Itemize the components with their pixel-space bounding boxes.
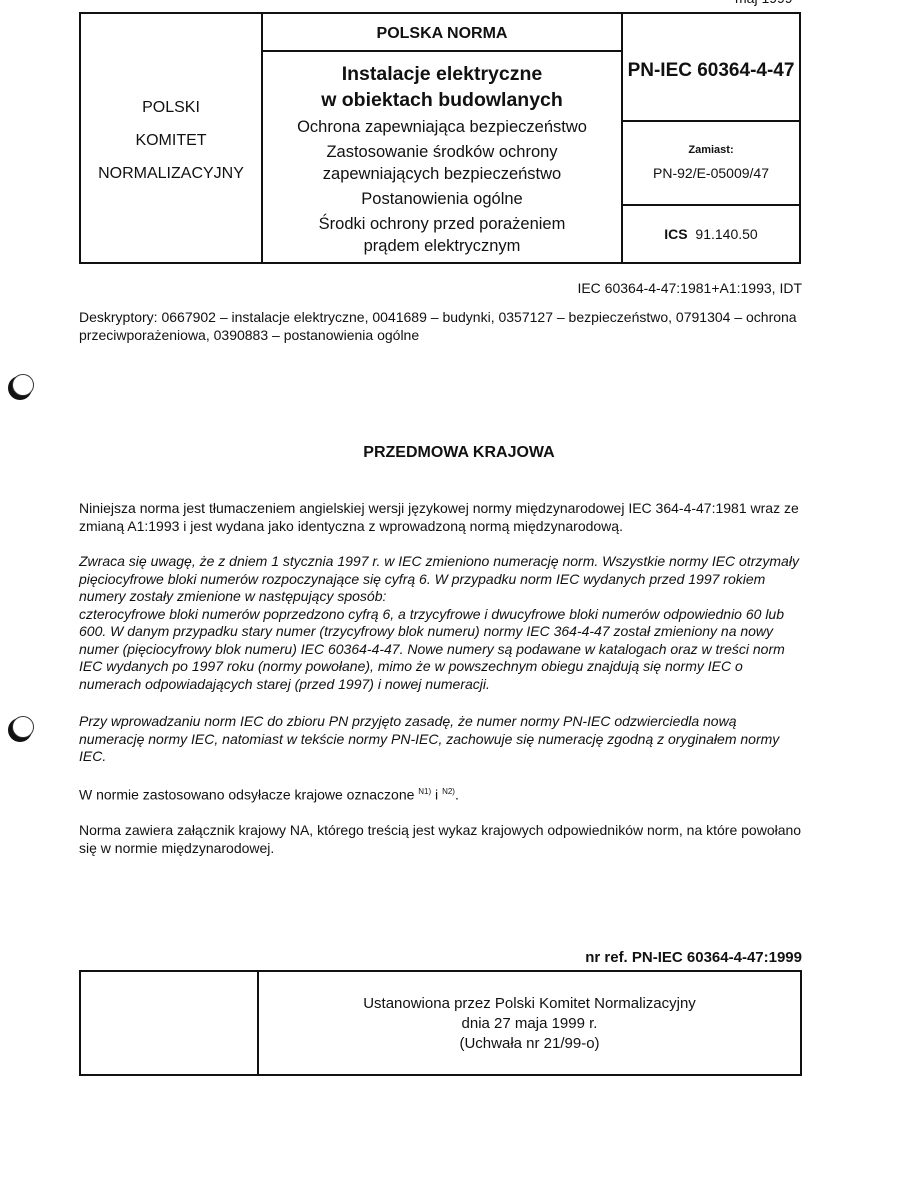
doc-type: POLSKA NORMA <box>263 14 621 52</box>
ics-cell: ICS 91.140.50 <box>623 206 799 262</box>
subtitle: prądem elektrycznym <box>263 235 621 257</box>
footnote-marker: N1) <box>418 787 431 796</box>
approval-line: Ustanowiona przez Polski Komitet Normali… <box>259 994 800 1014</box>
foreword-heading: PRZEDMOWA KRAJOWA <box>0 444 918 462</box>
subtitle: Zastosowanie środków ochrony <box>263 141 621 163</box>
ics-value: 91.140.50 <box>695 226 757 242</box>
punch-hole-icon <box>12 374 34 396</box>
foreword-paragraph: W normie zastosowano odsyłacze krajowe o… <box>79 783 805 804</box>
committee-line: NORMALIZACYJNY <box>98 157 244 190</box>
subtitle: Postanowienia ogólne <box>263 188 621 210</box>
page-date: maj 1999 <box>735 0 793 6</box>
title-block: Instalacje elektryczne w obiektach budow… <box>263 54 621 257</box>
paragraph-text: W normie zastosowano odsyłacze krajowe o… <box>79 787 418 803</box>
paragraph-line: Zwraca się uwagę, że z dniem 1 stycznia … <box>79 553 805 606</box>
descriptors: Deskryptory: 0667902 – instalacje elektr… <box>79 308 809 344</box>
replaces-value: PN-92/E-05009/47 <box>623 165 799 181</box>
approval-line: (Uchwała nr 21/99-o) <box>259 1034 800 1054</box>
footnote-marker: N2) <box>442 787 455 796</box>
title-line: Instalacje elektryczne <box>263 61 621 87</box>
approval-table: Ustanowiona przez Polski Komitet Normali… <box>79 970 802 1076</box>
reference-number: nr ref. PN-IEC 60364-4-47:1999 <box>585 949 802 966</box>
paragraph-line: czterocyfrowe bloki numerów poprzedzono … <box>79 606 805 694</box>
subtitle: Ochrona zapewniająca bezpieczeństwo <box>263 116 621 138</box>
header-table: POLSKI KOMITET NORMALIZACYJNY POLSKA NOR… <box>79 12 801 264</box>
ics-label: ICS <box>664 226 687 242</box>
foreword-paragraph: Zwraca się uwagę, że z dniem 1 stycznia … <box>79 553 805 693</box>
committee-line: POLSKI <box>142 91 200 124</box>
foreword-paragraph: Przy wprowadzaniu norm IEC do zbioru PN … <box>79 713 805 766</box>
paragraph-text: i <box>431 787 442 803</box>
subtitle: Środki ochrony przed porażeniem <box>263 213 621 235</box>
committee-cell: POLSKI KOMITET NORMALIZACYJNY <box>81 14 263 262</box>
approval-cell: Ustanowiona przez Polski Komitet Normali… <box>259 972 800 1074</box>
standard-number: PN-IEC 60364-4-47 <box>623 14 799 122</box>
replaces-cell: Zamiast: PN-92/E-05009/47 <box>623 122 799 206</box>
title-line: w obiektach budowlanych <box>263 87 621 113</box>
foreword-paragraph: Norma zawiera załącznik krajowy NA, któr… <box>79 822 805 857</box>
id-cell: PN-IEC 60364-4-47 Zamiast: PN-92/E-05009… <box>623 14 799 262</box>
approval-empty-cell <box>81 972 259 1074</box>
title-cell: POLSKA NORMA Instalacje elektryczne w ob… <box>263 14 623 262</box>
foreword-paragraph: Niniejsza norma jest tłumaczeniem angiel… <box>79 500 805 535</box>
approval-line: dnia 27 maja 1999 r. <box>259 1014 800 1034</box>
paragraph-text: . <box>455 787 459 803</box>
subtitle: zapewniających bezpieczeństwo <box>263 163 621 185</box>
main-title: Instalacje elektryczne w obiektach budow… <box>263 61 621 113</box>
iec-reference: IEC 60364-4-47:1981+A1:1993, IDT <box>577 280 802 296</box>
replaces-label: Zamiast: <box>623 144 799 156</box>
committee-line: KOMITET <box>135 124 206 157</box>
punch-hole-icon <box>12 716 34 738</box>
